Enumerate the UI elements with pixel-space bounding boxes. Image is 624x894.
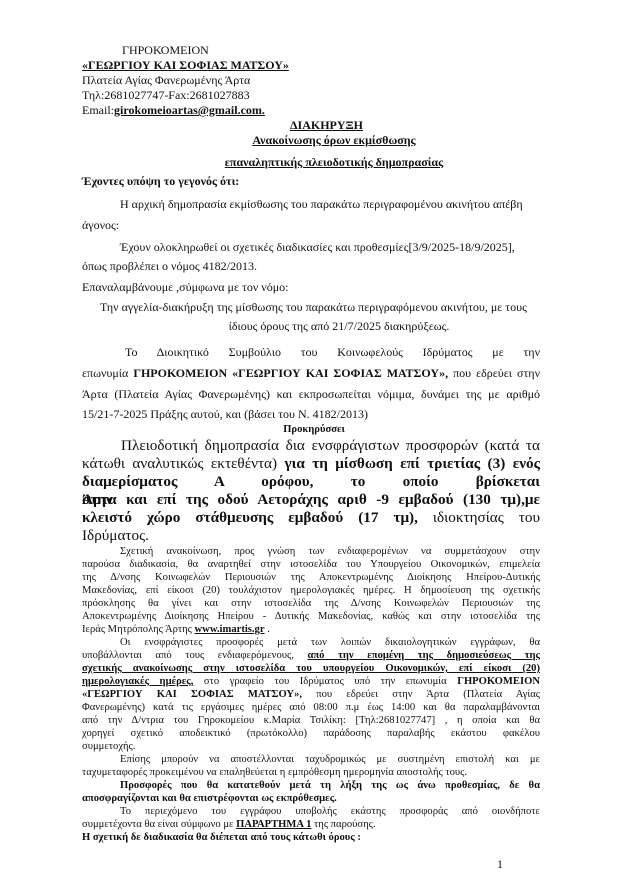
title-main: ΔΙΑΚΗΡΥΞΗ — [290, 118, 363, 133]
offers-line7: από την Δ/ντρια του Γηροκομείου κ.Μαρία … — [82, 715, 540, 726]
intro-p3: Επαναλαμβάνουμε ,σύμφωνα με τον νόμο: — [82, 280, 288, 295]
org-email-line: Email:girokomeioartas@gmail.com. — [82, 103, 265, 118]
intro-p2-line1: Έχουν ολοκληρωθεί οι σχετικές διαδικασίε… — [120, 240, 515, 255]
offers-line5: «ΓΕΩΡΓΙΟΥ ΚΑΙ ΣΟΦΙΑΣ ΜΑΤΣΟΥ», που εδρεύε… — [82, 689, 540, 700]
post-line2: ταχυμεταφορές προκειμένου να επαληθεύετα… — [82, 767, 467, 778]
announcement-line2: παρούσα διαδικασία, θα αναρτηθεί στην ισ… — [82, 559, 540, 570]
proclaims-line6: Ιδρύματος. — [82, 527, 149, 545]
offers-line4: ημερολογιακές ημέρες, στο γραφείο του Ιδ… — [82, 676, 540, 687]
proclaims-line1: Πλειοδοτική δημοπρασία δια ενσφράγιστων … — [121, 437, 540, 455]
board-line2: επωνυμία ΓΗΡΟΚΟΜΕΙΟΝ «ΓΕΩΡΓΙΟΥ ΚΑΙ ΣΟΦΙΑ… — [82, 366, 540, 381]
proclaims-line2-bold: για τη μίσθωση επί τριετίας (3) ενός — [285, 455, 540, 472]
board-line4: 15/21-7-2025 Πράξης αυτού, και (βάσει το… — [82, 407, 368, 422]
proclaims-heading: Προκηρύσσει — [0, 424, 624, 435]
offers-line4-mid: στο γραφείο του Ιδρύματος υπό την επωνυμ… — [193, 676, 457, 687]
offers-org-name: ΓΗΡΟΚΟΜΕΙΟΝ — [457, 676, 540, 687]
title-sub2: επαναληπτικής πλειοδοτικής δημοπρασίας — [0, 155, 624, 170]
announcement-line3: της Δ/νσης Κοινωφελών Περιουσιών της Απο… — [82, 572, 540, 583]
org-phone-fax: Τηλ:2681027747-Fax:2681027883 — [82, 88, 250, 103]
offers-line8: χορηγεί σχετικό αποδεικτικό (πρωτόκολλο)… — [82, 728, 540, 739]
proclaims-line2: κάτωθι αναλυτικώς εκτεθέντα) για τη μίσθ… — [82, 455, 540, 473]
announcement-line1: Σχετική ανακοίνωση, προς γνώση των ενδια… — [120, 546, 540, 557]
proclaims-line2-prefix: κάτωθι αναλυτικώς εκτεθέντα) — [82, 455, 285, 472]
proclaims-line5-suffix: ιδιοκτησίας του — [418, 509, 540, 526]
terms-heading: Η σχετική δε διαδικασία θα διέπεται από … — [82, 832, 361, 843]
offers-line5-suffix: που εδρεύει στην Άρτα (Πλατεία Αγίας — [302, 689, 540, 700]
intro-p1-line2: άγονος: — [82, 218, 119, 233]
offers-org-name-2: «ΓΕΩΡΓΙΟΥ ΚΑΙ ΣΟΦΙΑΣ ΜΑΤΣΟΥ», — [82, 689, 302, 700]
imartis-link[interactable]: www.imartis.gr — [195, 624, 265, 635]
offers-line1: Οι ενσφράγιστες προσφορές μετά των λοιπώ… — [120, 637, 540, 648]
proclaims-parking: κλειστό χώρο στάθμευσης εμβαδού (17 τμ), — [82, 509, 418, 526]
intro-p1-line1: Η αρχική δημοπρασία εκμίσθωσης του παρακ… — [120, 197, 523, 212]
offers-line3: σχετικής ανακοίνωσης στην ιστοσελίδα του… — [82, 663, 540, 674]
announcement-line7: Ιεράς Μητρόπολης Άρτης www.imartis.gr . — [82, 624, 270, 635]
intro-p4-line2: ίδιους όρους της από 21/7/2025 διακηρύξε… — [0, 319, 624, 334]
intro-p4-line1: Την αγγελία-διακήρυξη της μίσθωσης του π… — [100, 300, 527, 315]
intro-heading: Έχοντες υπόψη το γεγονός ότι: — [82, 174, 239, 189]
late-line1: Προσφορές που θα κατατεθούν μετά τη λήξη… — [120, 780, 540, 791]
board-line1: Το Διοικητικό Συμβούλιο του Κοινωφελούς … — [125, 345, 540, 360]
offers-line9: συμμετοχής. — [82, 741, 135, 752]
announcement-line5: πρόσκλησης θα γίνει και στην ιστοσελίδα … — [82, 598, 540, 609]
org-name-line1: ΓΗΡΟΚΟΜΕΙΟΝ — [122, 43, 209, 58]
document-page: ΓΗΡΟΚΟΜΕΙΟΝ «ΓΕΩΡΓΙΟΥ ΚΑΙ ΣΟΦΙΑΣ ΜΑΤΣΟΥ»… — [0, 0, 624, 894]
org-address: Πλατεία Αγίας Φανερωμένης Άρτα — [82, 73, 250, 88]
board-line2-prefix: επωνυμία — [82, 366, 133, 380]
content-line1: Το περιεχόμενο του εγγράφου υποβολής εκά… — [120, 806, 540, 817]
proclaims-line4: Άρτα και επί της οδού Αετοράχης αριθ -9 … — [82, 491, 540, 509]
content-line2: συμμετέχοντα θα είναι σύμφωνο με ΠΑΡΑΡΤΗ… — [82, 819, 376, 830]
content-line2-suffix: της παρούσης. — [311, 819, 375, 830]
announcement-line7-prefix: Ιεράς Μητρόπολης Άρτης — [82, 624, 195, 635]
annex-1-reference: ΠΑΡΑΡΤΗΜΑ 1 — [236, 819, 311, 830]
email-label: Email: — [82, 103, 114, 117]
announcement-line7-suffix: . — [265, 624, 270, 635]
board-org-name: ΓΗΡΟΚΟΜΕΙΟΝ «ΓΕΩΡΓΙΟΥ ΚΑΙ ΣΟΦΙΑΣ ΜΑΤΣΟΥ»… — [133, 366, 448, 380]
late-line2: αποσφραγίζονται και θα επιστρέφονται ως … — [82, 793, 337, 804]
offers-line2: υποβάλλονται από τους ενδιαφερόμενους, α… — [82, 650, 540, 661]
offers-line6: Φανερωμένης) κατά τις εργάσιμες ημέρες α… — [82, 702, 540, 713]
offers-deadline-end: ημερολογιακές ημέρες, — [82, 676, 193, 687]
offers-deadline-start: από την επομένη της δημοσιεύσεως της — [307, 650, 540, 661]
org-name-line2: «ΓΕΩΡΓΙΟΥ ΚΑΙ ΣΟΦΙΑΣ ΜΑΤΣΟΥ» — [82, 58, 289, 73]
intro-p2-line2: όπως προβλέπει ο νόμος 4182/2013. — [82, 259, 257, 274]
email-link[interactable]: girokomeioartas@gmail.com. — [114, 103, 265, 117]
page-number: 1 — [497, 857, 503, 872]
announcement-line4: Μακεδονίας, επί είκοσι (20) τουλάχιστον … — [82, 585, 540, 596]
proclaims-line5: κλειστό χώρο στάθμευσης εμβαδού (17 τμ),… — [82, 509, 540, 527]
content-line2-prefix: συμμετέχοντα θα είναι σύμφωνο με — [82, 819, 236, 830]
announcement-line6: Αποκεντρωμένης Διοίκησης Ηπείρου - Δυτικ… — [82, 611, 540, 622]
title-sub1: Ανακοίνωσης όρων εκμίσθωσης — [0, 133, 624, 148]
post-line1: Επίσης μπορούν να αποστέλλονται ταχυδρομ… — [120, 754, 540, 765]
offers-line2-prefix: υποβάλλονται από τους ενδιαφερόμενους, — [82, 650, 307, 661]
board-line2-suffix: που εδρεύει στην — [448, 366, 540, 380]
board-line3: Άρτα (Πλατεία Αγίας Φανερωμένης) και εκπ… — [82, 387, 540, 402]
